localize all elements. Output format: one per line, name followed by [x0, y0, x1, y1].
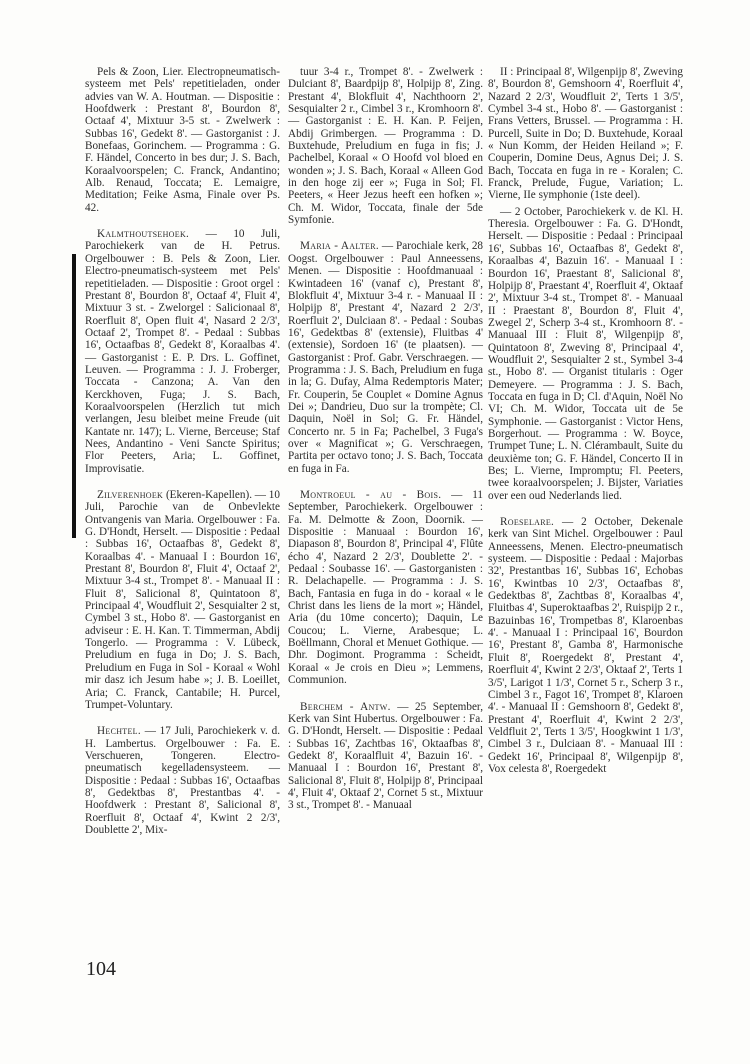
- entry-zilverenhoek: Zilverenhoek (Ekeren-Kapellen). — 10 Jul…: [85, 489, 280, 711]
- column-3: II : Principaal 8', Wilgenpijp 8', Zwevi…: [488, 66, 683, 775]
- entry-text: — 25 September, Kerk van Sint Hubertus. …: [288, 701, 483, 812]
- entry-montroeul-au-bois: Montroeul - au - Bois. — 11 September, P…: [288, 489, 483, 687]
- paragraph-continuation: tuur 3-4 r., Trompet 8'. - Zwelwerk : Du…: [288, 66, 483, 226]
- entry-roeselare: Roeselare. — 2 October, Dekenale kerk va…: [488, 516, 683, 775]
- paragraph-continuation: Pels & Zoon, Lier. Electropneumatisch-sy…: [85, 66, 280, 214]
- entry-heading: Maria - Aalter.: [300, 240, 379, 252]
- entry-maria-aalter: Maria - Aalter. — Parochiale kerk, 28 Oo…: [288, 240, 483, 475]
- entry-heading: Zilverenhoek: [97, 489, 163, 501]
- page-number: 104: [86, 958, 116, 981]
- entry-kalmthoutsehoek: Kalmthoutsehoek. — 10 Juli, Parochiekerk…: [85, 228, 280, 475]
- column-2: tuur 3-4 r., Trompet 8'. - Zwelwerk : Du…: [288, 66, 483, 812]
- entry-berchem-antw: Berchem - Antw. — 25 September, Kerk van…: [288, 701, 483, 812]
- entry-heading: Roeselare.: [500, 516, 554, 528]
- entry-theresia-continuation: — 2 October, Parochiekerk v. de Kl. H. T…: [488, 206, 683, 502]
- entry-text: — 11 September, Parochiekerk. Orgelbouwe…: [288, 489, 483, 686]
- paragraph-text: II : Principaal 8', Wilgenpijp 8', Zwevi…: [488, 66, 683, 201]
- entry-text: — 17 Juli, Parochiekerk v. d. H. Lambert…: [85, 725, 280, 836]
- entry-text: — 2 October, Dekenale kerk van Sint Mich…: [488, 516, 683, 775]
- entry-text: — Parochiale kerk, 28 Oogst. Orgelbouwer…: [288, 240, 483, 474]
- paragraph-text: Pels & Zoon, Lier. Electropneumatisch-sy…: [85, 66, 280, 214]
- entry-heading: Montroeul - au - Bois.: [300, 489, 441, 501]
- entry-heading: Hechtel.: [97, 725, 141, 737]
- paragraph-continuation: II : Principaal 8', Wilgenpijp 8', Zwevi…: [488, 66, 683, 202]
- entry-text: — 2 October, Parochiekerk v. de Kl. H. T…: [488, 206, 683, 502]
- column-1: Pels & Zoon, Lier. Electropneumatisch-sy…: [85, 66, 280, 836]
- entry-heading: Berchem - Antw.: [300, 701, 391, 713]
- entry-hechtel: Hechtel. — 17 Juli, Parochiekerk v. d. H…: [85, 725, 280, 836]
- entry-text: — 10 Juli, Parochiekerk van de H. Petrus…: [85, 228, 280, 475]
- paragraph-text: tuur 3-4 r., Trompet 8'. - Zwelwerk : Du…: [288, 66, 483, 226]
- entry-text: (Ekeren-Kapellen). — 10 Juli, Parochie v…: [85, 489, 280, 711]
- entry-heading: Kalmthoutsehoek.: [97, 228, 189, 240]
- margin-marker-bar: [72, 254, 76, 538]
